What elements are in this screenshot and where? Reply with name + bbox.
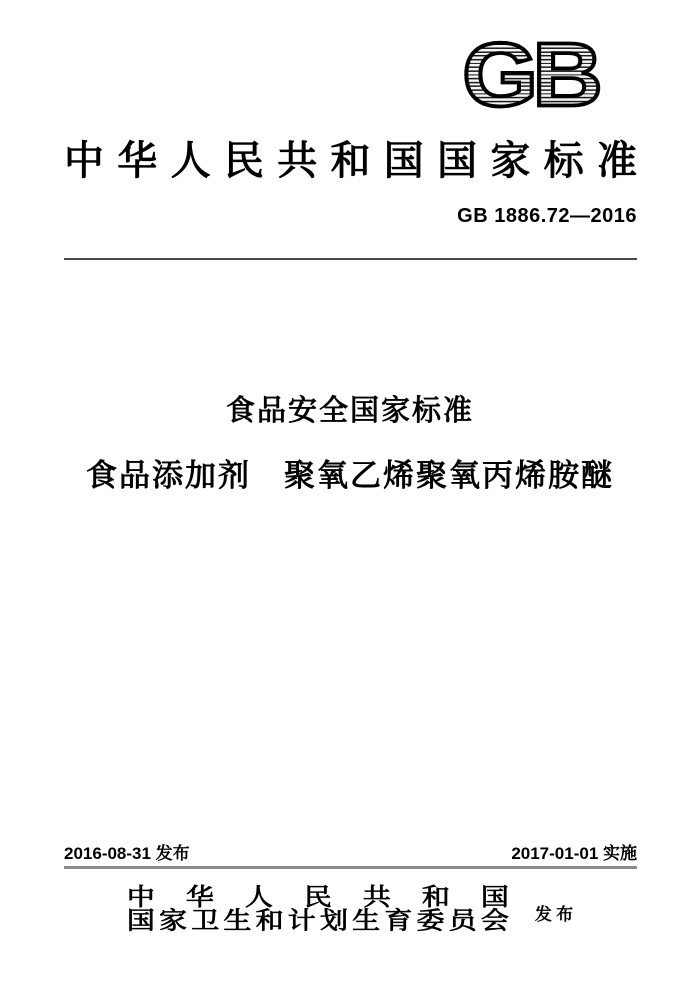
dates-row: 2016-08-31 发布 2017-01-01 实施	[64, 844, 637, 864]
issuer-line2: 国家卫生和计划生育委员会	[127, 910, 509, 934]
gb-logo: GB	[462, 40, 597, 110]
standard-cover-page: GB 中 华 人 民 共 和 国 国 家 标 准 GB 1886.72—2016…	[0, 0, 700, 990]
standard-title: 食品安全国家标准	[0, 388, 700, 429]
standard-subtitle: 食品添加剂 聚氧乙烯聚氧丙烯胺醚	[0, 450, 700, 495]
implement-date: 2017-01-01 实施	[511, 844, 637, 864]
national-standard-header: 中 华 人 民 共 和 国 国 家 标 准	[64, 140, 637, 182]
header-divider	[64, 258, 637, 260]
standard-number: GB 1886.72—2016	[457, 205, 637, 228]
footer-divider	[64, 866, 637, 869]
publish-label: 发 布	[535, 896, 573, 925]
title-block: 食品安全国家标准 食品添加剂 聚氧乙烯聚氧丙烯胺醚	[0, 388, 700, 495]
issuer-name: 中 华 人 民 共 和 国 国家卫生和计划生育委员会	[127, 886, 509, 934]
issue-date: 2016-08-31 发布	[64, 844, 190, 864]
issuer-row: 中 华 人 民 共 和 国 国家卫生和计划生育委员会 发 布	[0, 882, 700, 938]
issuer-line1: 中 华 人 民 共 和 国	[127, 886, 509, 910]
